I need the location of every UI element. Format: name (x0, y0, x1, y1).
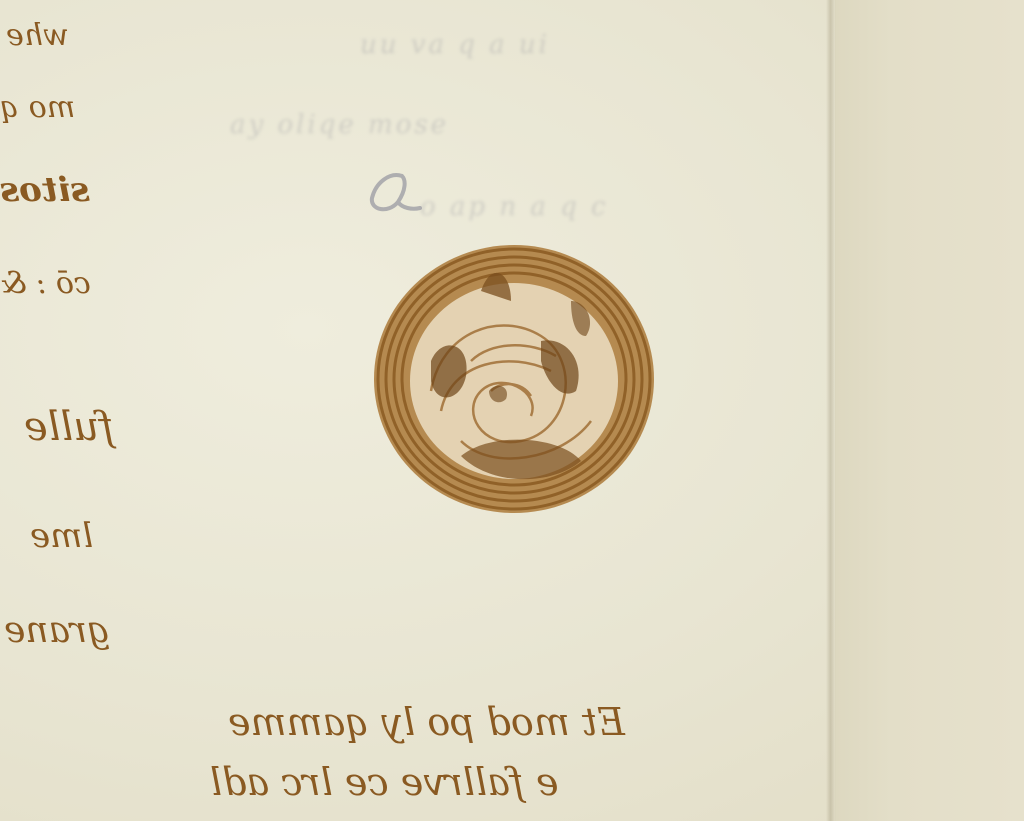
adjacent-page (835, 0, 1024, 821)
margin-text: mo q (0, 90, 75, 125)
margin-text: sitos (0, 170, 90, 210)
bottom-text-line: Et mod po ly qamme (228, 700, 625, 744)
bleedthrough-line: ay oliqe mose (230, 110, 449, 140)
margin-text: grane (4, 610, 110, 651)
bleedthrough-line: o ap n a q c (420, 192, 609, 222)
margin-text: lme (30, 516, 93, 556)
margin-text: fulle (24, 404, 114, 450)
margin-text: whe (6, 18, 69, 53)
page-fold-crease (826, 0, 836, 821)
bottom-text-line: e fallrve ce lrc adl (210, 760, 558, 804)
manuscript-page: uu va q a ui ay oliqe mose o ap n a q c … (0, 0, 1024, 821)
bleedthrough-line: uu va q a ui (360, 30, 550, 60)
margin-text: cō : & (0, 266, 91, 301)
pencil-mark-icon (362, 168, 422, 220)
circular-drawing-icon (371, 241, 657, 517)
